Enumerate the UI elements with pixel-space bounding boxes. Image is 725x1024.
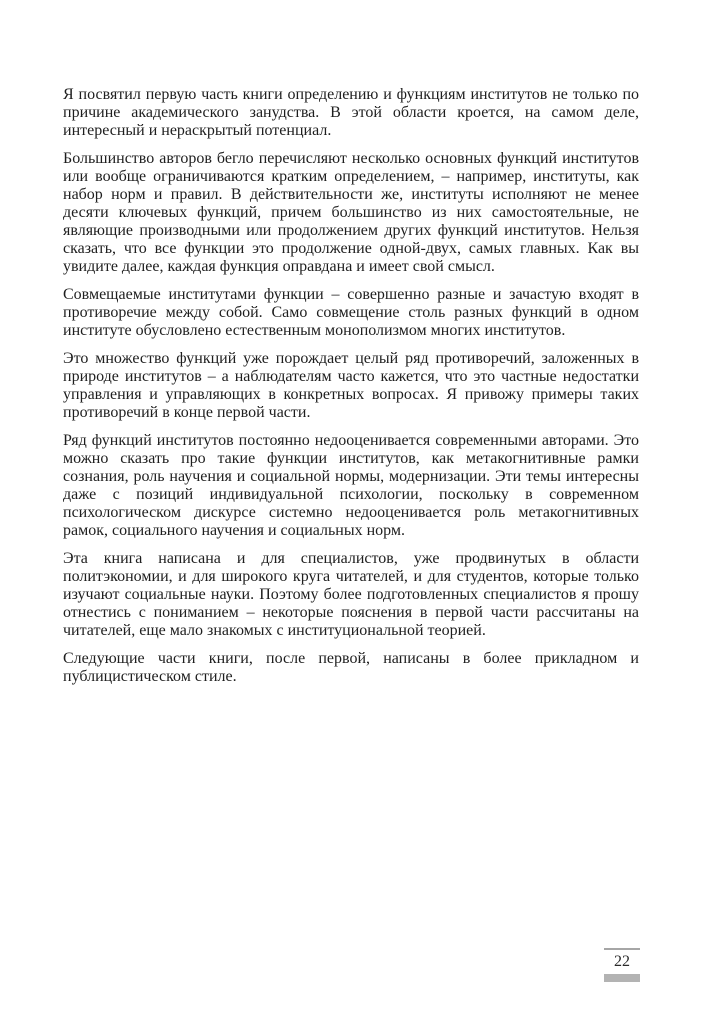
page-text-block: Я посвятил первую часть книги определени… [63, 86, 639, 696]
body-paragraph: Ряд функций институтов постоянно недооце… [63, 432, 639, 540]
page-footer: 22 [604, 948, 640, 982]
book-page: Я посвятил первую часть книги определени… [0, 0, 725, 1024]
body-paragraph: Я посвятил первую часть книги определени… [63, 86, 639, 140]
body-paragraph: Эта книга написана и для специалистов, у… [63, 550, 639, 640]
body-paragraph: Совмещаемые институтами функции – соверш… [63, 286, 639, 340]
body-paragraph: Следующие части книги, после первой, нап… [63, 650, 639, 686]
body-paragraph: Большинство авторов бегло перечисляют не… [63, 150, 639, 276]
footer-bottom-bar [604, 974, 640, 982]
body-paragraph: Это множество функций уже порождает целы… [63, 350, 639, 422]
page-number: 22 [604, 950, 640, 974]
